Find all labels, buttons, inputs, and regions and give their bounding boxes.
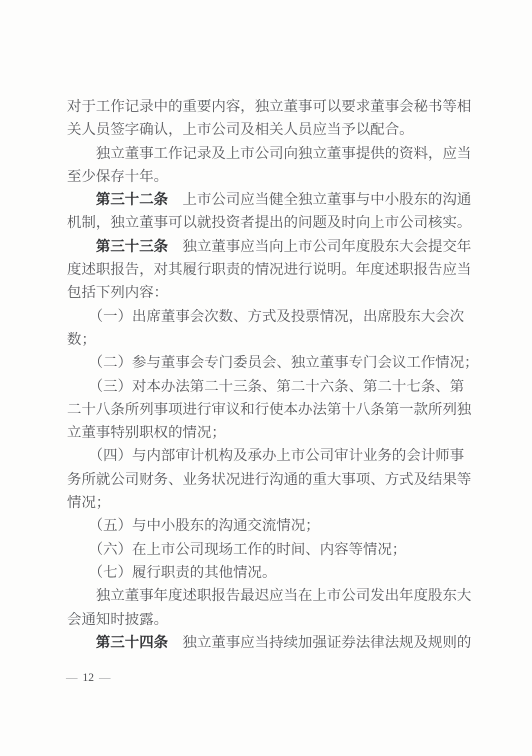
- article-text: 独立董事应当持续加强证券法律法规及规则的: [168, 635, 471, 651]
- article-text: 独立董事应当向上市公司年度股东大会提交年: [168, 239, 471, 255]
- article-number: 第三十三条: [67, 239, 168, 255]
- text-line: 机制，独立董事可以就投资者提出的问题及时向上市公司核实。: [67, 212, 497, 235]
- text-line: （六）在上市公司现场工作的时间、内容等情况；: [67, 539, 497, 562]
- text-line: 对于工作记录中的重要内容，独立董事可以要求董事会秘书等相: [67, 96, 497, 119]
- text-line: 度述职报告，对其履行职责的情况进行说明。年度述职报告应当: [67, 259, 497, 282]
- text-line: 包括下列内容：: [67, 282, 497, 305]
- article-text: 上市公司应当健全独立董事与中小股东的沟通: [168, 192, 471, 208]
- text-line: 二十八条所列事项进行审议和行使本办法第十八条第一款所列独: [67, 399, 497, 422]
- text-line: 独立董事年度述职报告最迟应当在上市公司发出年度股东大: [67, 585, 497, 608]
- text-line: （七）履行职责的其他情况。: [67, 562, 497, 585]
- page-number: —12—: [66, 671, 111, 685]
- text-line: （一）出席董事会次数、方式及投票情况，出席股东大会次: [67, 306, 497, 329]
- text-line: 独立董事工作记录及上市公司向独立董事提供的资料，应当: [67, 143, 497, 166]
- text-line: 至少保存十年。: [67, 166, 497, 189]
- text-line-article-33: 第三十三条 独立董事应当向上市公司年度股东大会提交年: [67, 236, 497, 259]
- text-line: 立董事特别职权的情况；: [67, 422, 497, 445]
- page-number-dash-left: —: [66, 672, 78, 684]
- page-number-dash-right: —: [99, 672, 111, 684]
- article-number: 第三十二条: [67, 192, 168, 208]
- text-line: （三）对本办法第二十三条、第二十六条、第二十七条、第: [67, 376, 497, 399]
- text-line-article-34: 第三十四条 独立董事应当持续加强证券法律法规及规则的: [67, 632, 497, 655]
- text-line: 数；: [67, 329, 497, 352]
- text-line: 关人员签字确认，上市公司及相关人员应当予以配合。: [67, 119, 497, 142]
- article-number: 第三十四条: [67, 635, 168, 651]
- text-line: 会通知时披露。: [67, 609, 497, 632]
- document-text-block: 对于工作记录中的重要内容，独立董事可以要求董事会秘书等相 关人员签字确认，上市公…: [67, 96, 497, 655]
- text-line: （四）与内部审计机构及承办上市公司审计业务的会计师事: [67, 445, 497, 468]
- text-line: 情况；: [67, 492, 497, 515]
- document-page: 对于工作记录中的重要内容，独立董事可以要求董事会秘书等相 关人员签字确认，上市公…: [0, 0, 532, 756]
- page-number-value: 12: [78, 672, 100, 684]
- text-line: （二）参与董事会专门委员会、独立董事专门会议工作情况；: [67, 352, 497, 375]
- text-line: （五）与中小股东的沟通交流情况；: [67, 515, 497, 538]
- text-line-article-32: 第三十二条 上市公司应当健全独立董事与中小股东的沟通: [67, 189, 497, 212]
- text-line: 务所就公司财务、业务状况进行沟通的重大事项、方式及结果等: [67, 469, 497, 492]
